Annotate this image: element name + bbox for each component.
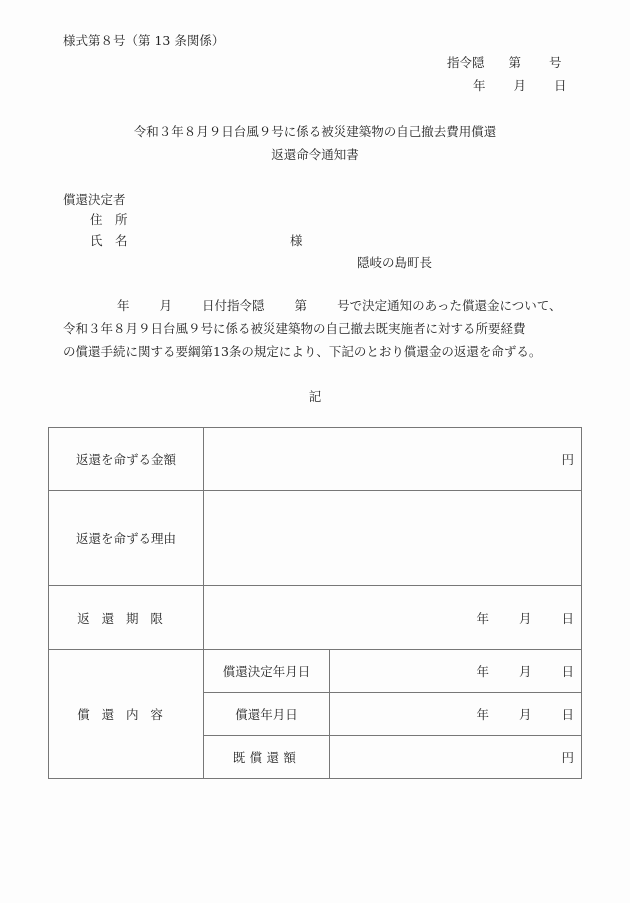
table-row: 返還を命ずる金額 円 xyxy=(49,428,582,491)
deadline-value[interactable]: 年月日 xyxy=(204,586,582,650)
amount-value[interactable]: 円 xyxy=(204,428,582,491)
table-row: 返還を命ずる理由 xyxy=(49,491,582,586)
body-month: 月 xyxy=(160,298,173,313)
table-row: 返還期限 年月日 xyxy=(49,586,582,650)
repayment-date-value[interactable]: 年月日 xyxy=(330,693,582,736)
table-row: 償還内容 償還決定年月日 年月日 xyxy=(49,650,582,693)
decision-day: 日 xyxy=(561,664,574,679)
ref-go: 号 xyxy=(549,55,562,70)
ref-prefix: 指令隠 xyxy=(447,55,485,70)
ki-marker: 記 xyxy=(0,389,630,405)
reason-value[interactable] xyxy=(204,491,582,586)
reason-label: 返還を命ずる理由 xyxy=(49,491,204,586)
decision-month: 月 xyxy=(519,664,532,679)
honorific: 様 xyxy=(290,233,303,249)
body-dai: 第 xyxy=(295,298,308,313)
repayment-month: 月 xyxy=(519,707,532,722)
decision-date-value[interactable]: 年月日 xyxy=(330,650,582,693)
date-month: 月 xyxy=(514,78,527,93)
repayment-content-label: 償還内容 xyxy=(49,650,204,779)
deadline-month: 月 xyxy=(519,611,532,626)
issue-date: 年月日 xyxy=(473,78,567,94)
recipient-heading: 償還決定者 xyxy=(63,192,126,208)
date-day: 日 xyxy=(554,78,567,93)
body-line-1: 年月日付指令隠第号で決定通知のあった償還金について、 xyxy=(117,298,561,314)
repayment-day: 日 xyxy=(561,707,574,722)
repaid-amount-value[interactable]: 円 xyxy=(330,736,582,779)
deadline-day: 日 xyxy=(561,611,574,626)
amount-label: 返還を命ずる金額 xyxy=(49,428,204,491)
deadline-year: 年 xyxy=(476,611,489,626)
body-rest: 号で決定通知のあった償還金について、 xyxy=(337,298,561,313)
form-number: 様式第８号（第 13 条関係） xyxy=(63,33,224,49)
decision-year: 年 xyxy=(476,664,489,679)
body-year: 年 xyxy=(117,298,130,313)
date-year: 年 xyxy=(473,78,486,93)
repayment-year: 年 xyxy=(476,707,489,722)
repaid-amount-label: 既償還額 xyxy=(204,736,330,779)
issuer: 隠岐の島町長 xyxy=(357,255,432,271)
title-line-1: 令和３年８月９日台風９号に係る被災建築物の自己撤去費用償還 xyxy=(0,124,630,140)
ref-dai: 第 xyxy=(509,55,522,70)
body-day-ref: 日付指令隠 xyxy=(202,298,265,313)
decision-date-label: 償還決定年月日 xyxy=(204,650,330,693)
body-line-3: の償還手続に関する要綱第13条の規定により、下記のとおり償還金の返還を命ずる。 xyxy=(63,344,541,360)
title-line-2: 返還命令通知書 xyxy=(0,147,630,163)
repayment-table: 返還を命ずる金額 円 返還を命ずる理由 返還期限 年月日 償還内容 償還決定年月… xyxy=(48,427,582,779)
deadline-label: 返還期限 xyxy=(49,586,204,650)
body-line-2: 令和３年８月９日台風９号に係る被災建築物の自己撤去既実施者に対する所要経費 xyxy=(63,321,526,337)
reference-number: 指令隠第号 xyxy=(447,55,562,71)
address-label: 住 所 xyxy=(90,212,128,228)
repayment-date-label: 償還年月日 xyxy=(204,693,330,736)
name-label: 氏 名 xyxy=(90,233,128,249)
